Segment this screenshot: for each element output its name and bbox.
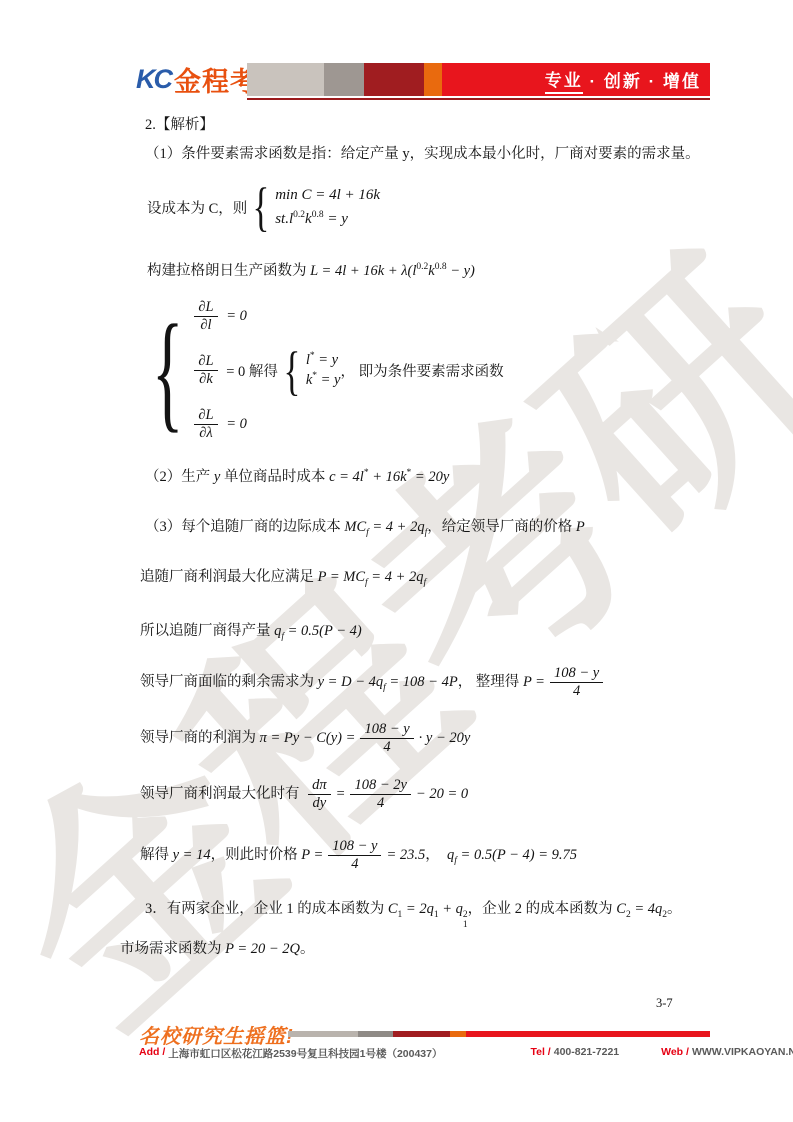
document-page: 金程考研 KC 金程考研 专业 · 创新 · 增值 2.【解析】 （1）条件要素… xyxy=(0,0,793,1122)
footer-slogan: 名校研究生摇篮! xyxy=(139,1020,294,1049)
solution-heading: 2.【解析】 xyxy=(145,114,214,137)
logo-monogram-icon: KC xyxy=(136,64,171,95)
fraction-108-minus-y-over-4: 108 − y4 xyxy=(328,838,381,874)
fraction-dL-dk: ∂L∂k xyxy=(194,353,217,389)
band-segment-darkred xyxy=(364,63,424,96)
foc-rows: ∂L∂l = 0 ∂L∂k = 0 解得 { l* = y k* = y ， 即… xyxy=(189,299,503,443)
footer-band-segment-lightgray xyxy=(288,1031,358,1037)
band-segment-orange xyxy=(424,63,442,96)
solution-row-2: k* = y xyxy=(306,372,341,389)
fraction-dpi-dy: dπdy xyxy=(308,777,331,813)
question-3-line-1: 3．有两家企业，企业 1 的成本函数为 C1 = 2q1 + q21，企业 2 … xyxy=(145,898,681,930)
footer-band xyxy=(288,1031,710,1037)
band-segment-gray xyxy=(324,63,364,96)
header-slogan-part2: · 创新 · 增值 xyxy=(583,67,701,92)
question-3-line-2: 市场需求函数为 P = 20 − 2Q。 xyxy=(120,938,315,961)
header-slogan-part1: 专业 xyxy=(545,66,583,94)
footer-band-segment-red xyxy=(466,1031,710,1037)
solution-row-1: l* = y xyxy=(306,352,341,369)
cost-system-rows: min C = 4l + 16k st.l0.2k0.8 = y xyxy=(275,187,380,228)
header-band-underline xyxy=(247,98,710,100)
cost-row-1: min C = 4l + 16k xyxy=(275,187,380,204)
foc-row-2: ∂L∂k = 0 解得 { l* = y k* = y ， 即为条件要素需求函数 xyxy=(189,344,503,398)
footer-band-segment-gray xyxy=(358,1031,393,1037)
header-band: 专业 · 创新 · 增值 xyxy=(247,63,710,96)
footer-band-segment-darkred xyxy=(393,1031,450,1037)
cost-row-2: st.l0.2k0.8 = y xyxy=(275,211,380,228)
band-segment-lightgray xyxy=(247,63,324,96)
foc-row-1: ∂L∂l = 0 xyxy=(189,299,503,335)
cost-intro: 设成本为 C，则 xyxy=(147,197,247,218)
solution-rows: l* = y k* = y xyxy=(306,352,341,389)
left-brace: { xyxy=(253,180,270,234)
first-order-conditions-system: { ∂L∂l = 0 ∂L∂k = 0 解得 { l* = y k* = y ，… xyxy=(136,299,504,443)
web-label: Web / xyxy=(661,1046,689,1061)
profit-max-foc-line: 领导厂商利润最大化时有 dπdy=108 − 2y4− 20 = 0 xyxy=(140,777,468,813)
address-label: Add / xyxy=(139,1046,165,1061)
solution-line: 解得 y = 14，则此时价格 P =108 − y4= 23.5， qf = … xyxy=(140,838,577,874)
fraction-108-minus-y-over-4: 108 − y4 xyxy=(550,665,603,701)
inner-left-brace: { xyxy=(283,344,300,398)
footer-contact-row: Add /上海市虹口区松花江路2539号复旦科技园1号楼（200437） Tel… xyxy=(139,1046,710,1061)
fraction-108-minus-y-over-4: 108 − y4 xyxy=(360,721,413,757)
paragraph-1: （1）条件要素需求函数是指：给定产量 y，实现成本最小化时，厂商对要素的需求量。 xyxy=(145,143,700,166)
fraction-dL-dlambda: ∂L∂λ xyxy=(194,407,217,443)
follower-condition-line: 追随厂商利润最大化应满足 P = MCf = 4 + 2qf xyxy=(140,566,426,589)
footer-band-segment-orange xyxy=(450,1031,466,1037)
outer-left-brace: { xyxy=(152,305,184,437)
residual-demand-line: 领导厂商面临的剩余需求为 y = D − 4qf = 108 − 4P， 整理得… xyxy=(140,665,608,701)
leader-profit-line: 领导厂商的利润为 π = Py − C(y) =108 − y4· y − 20… xyxy=(140,721,470,757)
lagrange-line: 构建拉格朗日生产函数为 L = 4l + 16k + λ(l0.2k0.8 − … xyxy=(147,260,475,283)
header-slogan: 专业 · 创新 · 增值 xyxy=(442,63,710,96)
paragraph-2: （2）生产 y 单位商品时成本 c = 4l* + 16k* = 20y xyxy=(145,466,449,489)
tel-label: Tel / xyxy=(531,1046,551,1061)
footer-address: Add /上海市虹口区松花江路2539号复旦科技园1号楼（200437） xyxy=(139,1046,443,1061)
paragraph-3: （3）每个追随厂商的边际成本 MCf = 4 + 2qf，给定领导厂商的价格 P xyxy=(145,516,585,539)
fraction-108-minus-2y-over-4: 108 − 2y4 xyxy=(350,777,410,813)
follower-output-line: 所以追随厂商得产量 qf = 0.5(P − 4) xyxy=(140,620,362,643)
foc-row-3: ∂L∂λ = 0 xyxy=(189,407,503,443)
page-number: 3-7 xyxy=(656,996,673,1011)
footer-website: Web /WWW.VIPKAOYAN.NET xyxy=(661,1046,793,1061)
fraction-dL-dl: ∂L∂l xyxy=(194,299,217,335)
cost-minimization-system: 设成本为 C，则 { min C = 4l + 16k st.l0.2k0.8 … xyxy=(147,180,380,234)
footer-telephone: Tel /400-821-7221 xyxy=(531,1046,620,1061)
